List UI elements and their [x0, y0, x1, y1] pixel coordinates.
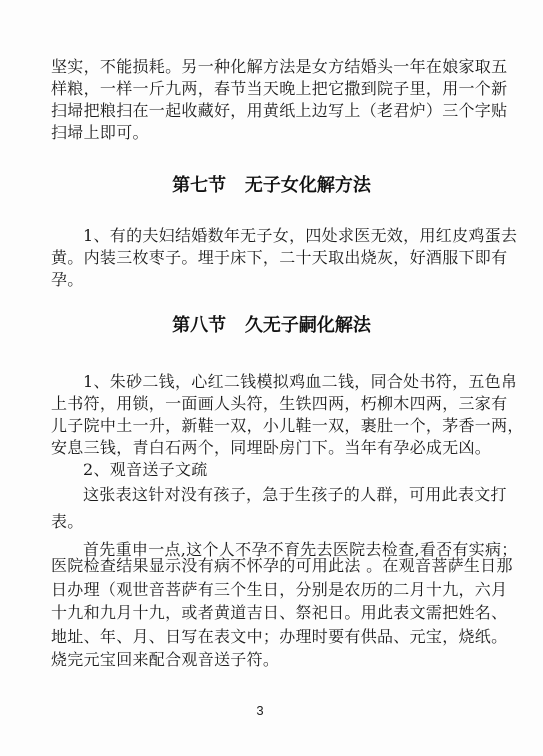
text-line: 地址、年、月、日写在表文中；办理时要有供品、元宝，烧纸。: [51, 626, 471, 648]
text-line: 医院检查结果显示没有病不怀孕的可用此法 。在观音菩萨生日那: [51, 555, 471, 577]
document-page: 坚实，不能损耗。另一种化解方法是女方结婚头一年在娘家取五 样粮，一样一斤九两，春…: [0, 0, 543, 756]
text-line: 样粮，一样一斤九两，春节当天晚上把它撒到院子里，用一个新: [51, 78, 471, 100]
text-line: 日办理（观世音菩萨有三个生日，分别是农历的二月十九，六月: [51, 579, 471, 601]
text-line: 孕。: [51, 269, 471, 291]
text-line: 1、朱砂二钱，心红二钱模拟鸡血二钱，同合处书符，五色帛: [83, 371, 471, 393]
text-line: 扫埽上即可。: [51, 122, 471, 144]
text-line: 安息三钱，青白石两个，同埋卧房门下。当年有孕必成无凶。: [51, 437, 471, 459]
text-line: 黄。内装三枚枣子。埋于床下，二十天取出烧灰，好酒服下即有: [51, 247, 471, 269]
text-line: 烧完元宝回来配合观音送子符。: [51, 649, 471, 671]
text-line: 坚实，不能损耗。另一种化解方法是女方结婚头一年在娘家取五: [51, 56, 471, 78]
page-number: 3: [250, 703, 270, 718]
text-line: 1、有的夫妇结婚数年无子女，四处求医无效，用红皮鸡蛋去: [83, 225, 471, 247]
section-8-item-2-title: 2、观音送子文疏: [83, 459, 471, 481]
section-7-heading: 第七节 无子女化解方法: [0, 174, 543, 198]
text-line: 表。: [51, 511, 471, 533]
text-line: 这张表这针对没有孩子，急于生孩子的人群，可用此表文打: [83, 484, 471, 506]
text-line: 十九和九月十九，或者黄道吉日、祭祀日。用此表文需把姓名、: [51, 602, 471, 624]
text-line: 儿子院中土一升，新鞋一双，小儿鞋一双，裹肚一个，茅香一两，: [51, 415, 471, 437]
section-8-heading: 第八节 久无子嗣化解法: [0, 314, 543, 338]
text-line: 上书符，用锁，一面画人头符，生铁四两，朽柳木四两，三家有: [51, 393, 471, 415]
text-line: 扫埽把粮扫在一起收藏好，用黄纸上边写上（老君炉）三个字贴: [51, 100, 471, 122]
